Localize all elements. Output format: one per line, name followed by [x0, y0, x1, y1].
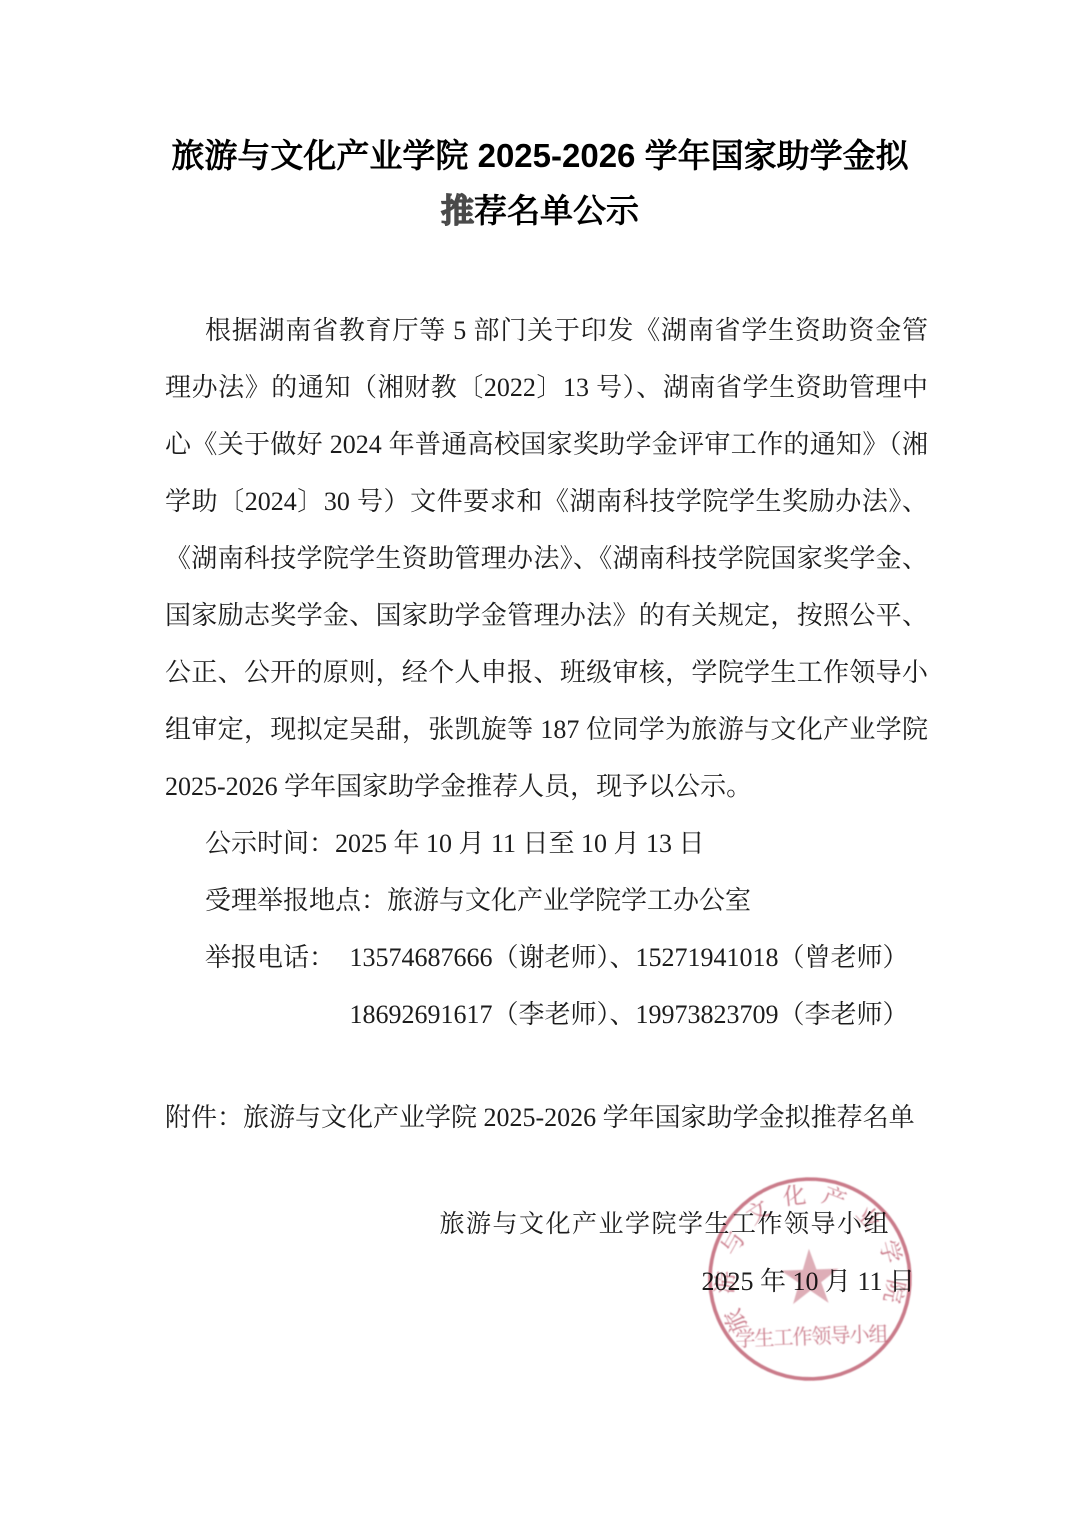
document-body: 根据湖南省教育厅等 5 部门关于印发《湖南省学生资助资金管理办法》的通知（湘财教…	[165, 302, 928, 1310]
phone-line-2: 18692691617（李老师）、19973823709（李老师）	[350, 986, 909, 1043]
seal-bottom-text: 学生工作领导小组	[735, 1323, 889, 1351]
title-line-2-rest: 荐名单公示	[474, 192, 639, 229]
page-title: 旅游与文化产业学院 2025-2026 学年国家助学金拟 推荐名单公示	[80, 128, 1000, 238]
report-phone-label: 举报电话：	[205, 929, 342, 986]
signature-line: 旅游与文化产业学院学生工作领导小组	[165, 1196, 890, 1253]
phone-line-1: 13574687666（谢老师）、15271941018（曾老师）	[350, 929, 909, 986]
publicity-time-line: 公示时间：2025 年 10 月 11 日至 10 月 13 日	[165, 815, 928, 872]
report-location-line: 受理举报地点：旅游与文化产业学院学工办公室	[165, 872, 928, 929]
document-page: 旅游与文化产业学院 2025-2026 学年国家助学金拟 推荐名单公示 根据湖南…	[0, 0, 1080, 1527]
title-line-1: 旅游与文化产业学院 2025-2026 学年国家助学金拟	[80, 128, 1000, 183]
attachment-line: 附件：旅游与文化产业学院 2025-2026 学年国家助学金拟推荐名单	[165, 1089, 928, 1146]
title-line-2: 推荐名单公示	[80, 183, 1000, 238]
body-paragraph: 根据湖南省教育厅等 5 部门关于印发《湖南省学生资助资金管理办法》的通知（湘财教…	[165, 302, 928, 815]
title-faded-char: 推	[441, 192, 474, 229]
date-line: 2025 年 10 月 11 日	[165, 1253, 915, 1310]
report-phone-block: 举报电话： 13574687666（谢老师）、15271941018（曾老师） …	[165, 929, 928, 1043]
report-phone-numbers: 13574687666（谢老师）、15271941018（曾老师） 186926…	[350, 929, 909, 1043]
